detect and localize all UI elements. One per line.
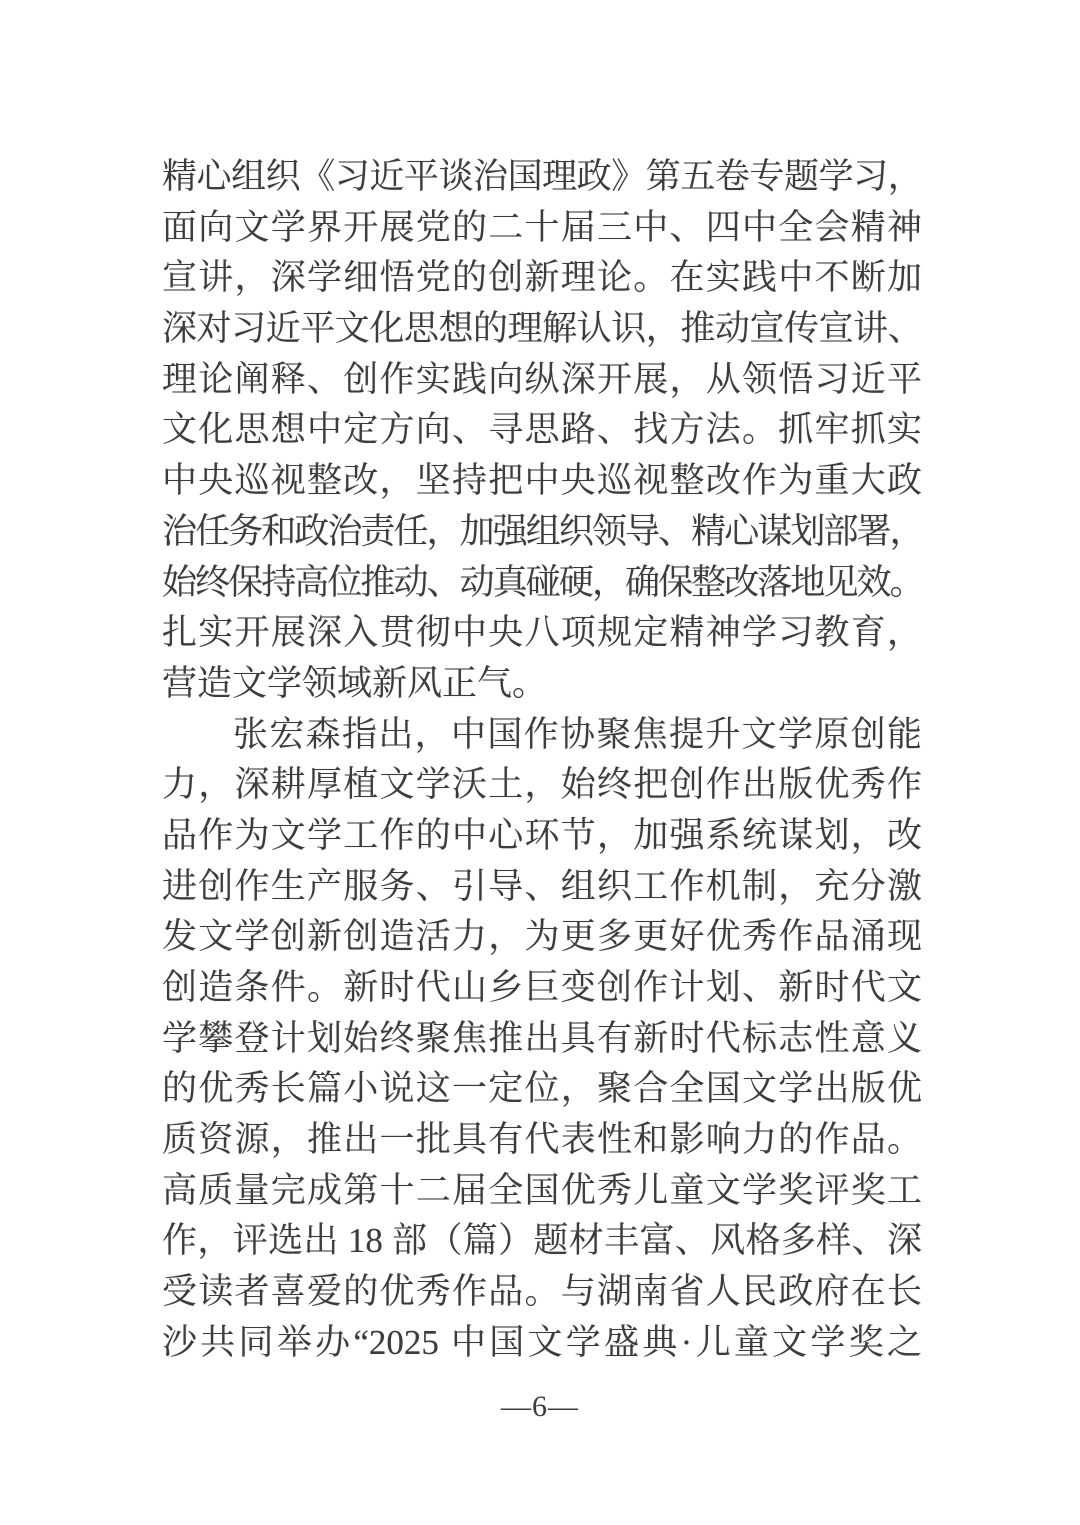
text-line: 沙共同举办“2025 中国文学盛典·儿童文学奖之 — [162, 1318, 922, 1369]
text-line: 高质量完成第十二届全国优秀儿童文学奖评奖工 — [162, 1166, 922, 1217]
text-line: 扎实开展深入贯彻中央八项规定精神学习教育， — [162, 608, 922, 659]
document-page: 精心组织《习近平谈治国理政》第五卷专题学习， 面向文学界开展党的二十届三中、四中… — [0, 0, 1080, 1525]
paragraph-1: 精心组织《习近平谈治国理政》第五卷专题学习， 面向文学界开展党的二十届三中、四中… — [162, 152, 922, 710]
text-line: 作，评选出 18 部（篇）题材丰富、风格多样、深 — [162, 1216, 922, 1267]
text-line: 宣讲，深学细悟党的创新理论。在实践中不断加 — [162, 253, 922, 304]
text-line: 治任务和政治责任，加强组织领导、精心谋划部署， — [162, 507, 922, 558]
text-line: 受读者喜爱的优秀作品。与湖南省人民政府在长 — [162, 1267, 922, 1318]
text-line: 质资源，推出一批具有代表性和影响力的作品。 — [162, 1115, 922, 1166]
page-number: —6— — [0, 1388, 1080, 1426]
paragraph-2: 张宏森指出，中国作协聚焦提升文学原创能 力，深耕厚植文学沃土，始终把创作出版优秀… — [162, 710, 922, 1369]
text-line: 理论阐释、创作实践向纵深开展，从领悟习近平 — [162, 355, 922, 406]
text-line: 张宏森指出，中国作协聚焦提升文学原创能 — [162, 710, 922, 761]
text-line: 始终保持高位推动、动真碰硬，确保整改落地见效。 — [162, 558, 922, 609]
text-line: 品作为文学工作的中心环节，加强系统谋划，改 — [162, 811, 922, 862]
text-line: 面向文学界开展党的二十届三中、四中全会精神 — [162, 203, 922, 254]
text-line: 深对习近平文化思想的理解认识，推动宣传宣讲、 — [162, 304, 922, 355]
text-line: 营造文学领域新风正气。 — [162, 659, 922, 710]
text-line: 精心组织《习近平谈治国理政》第五卷专题学习， — [162, 152, 922, 203]
text-line: 力，深耕厚植文学沃土，始终把创作出版优秀作 — [162, 760, 922, 811]
text-line: 进创作生产服务、引导、组织工作机制，充分激 — [162, 862, 922, 913]
text-line: 发文学创新创造活力，为更多更好优秀作品涌现 — [162, 912, 922, 963]
document-body: 精心组织《习近平谈治国理政》第五卷专题学习， 面向文学界开展党的二十届三中、四中… — [162, 152, 922, 1369]
text-line: 的优秀长篇小说这一定位，聚合全国文学出版优 — [162, 1064, 922, 1115]
text-line: 中央巡视整改，坚持把中央巡视整改作为重大政 — [162, 456, 922, 507]
text-line: 文化思想中定方向、寻思路、找方法。抓牢抓实 — [162, 405, 922, 456]
text-line: 学攀登计划始终聚焦推出具有新时代标志性意义 — [162, 1014, 922, 1065]
text-line: 创造条件。新时代山乡巨变创作计划、新时代文 — [162, 963, 922, 1014]
